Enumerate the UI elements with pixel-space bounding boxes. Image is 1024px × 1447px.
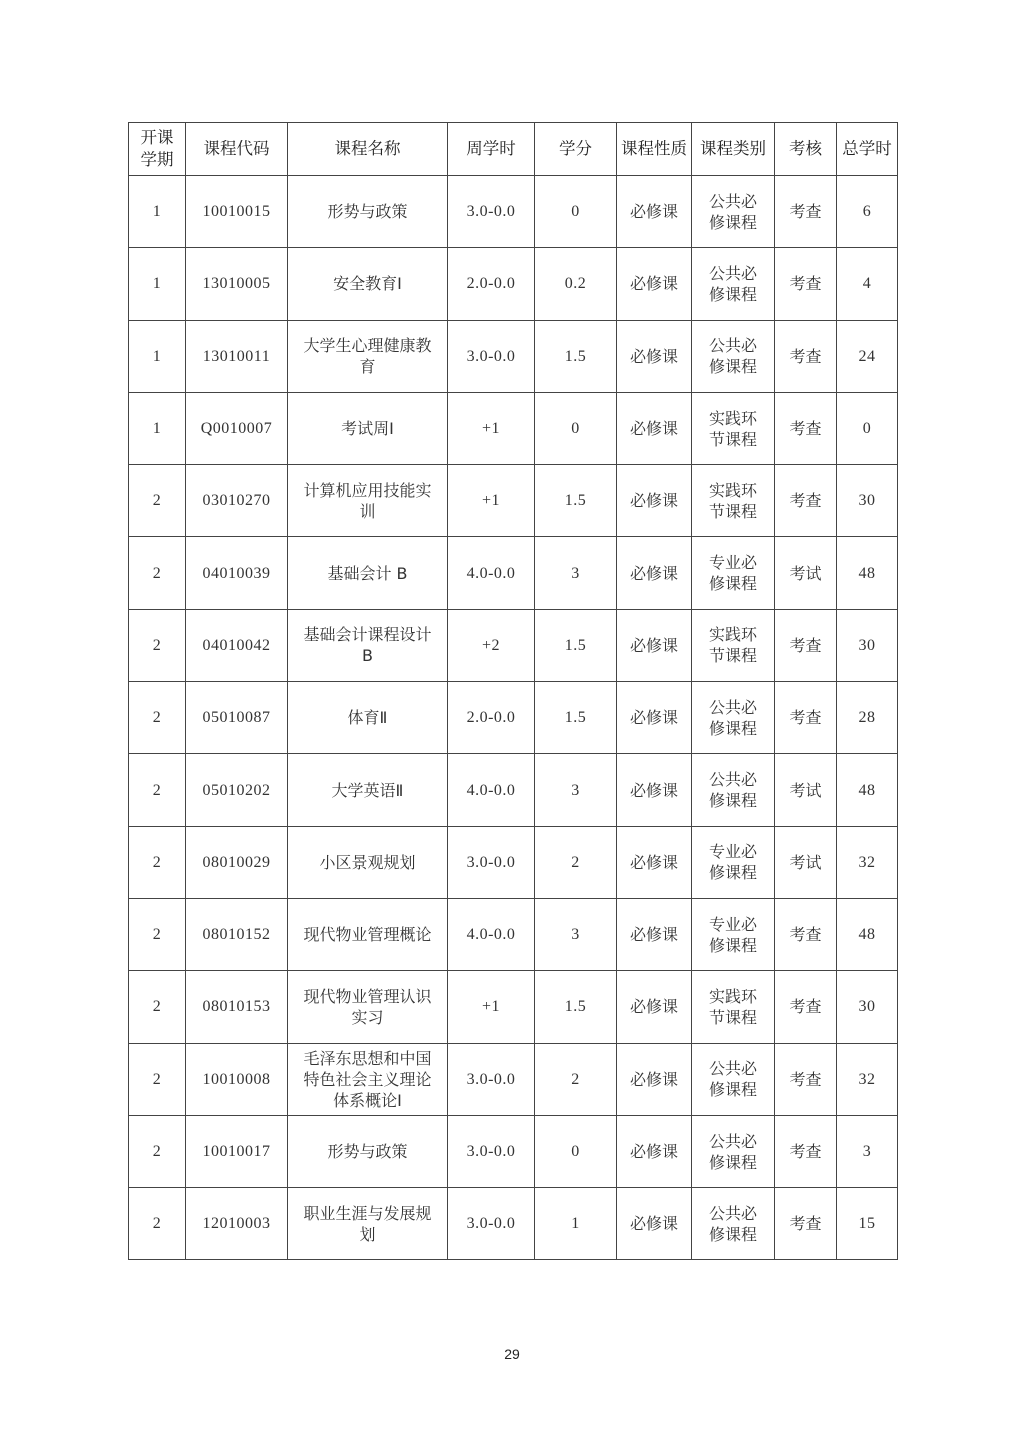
- term-cell: 1: [129, 248, 186, 320]
- assessment-cell: 考查: [775, 1188, 837, 1260]
- weekly-hours-cell: 3.0-0.0: [448, 1188, 535, 1260]
- credits-cell: 3: [535, 537, 617, 609]
- credits-cell: 0: [535, 392, 617, 464]
- code-cell: Q0010007: [186, 392, 288, 464]
- term-cell: 2: [129, 971, 186, 1043]
- table-body: 110010015形势与政策3.0-0.00必修课公共必修课程考查6113010…: [129, 176, 898, 1260]
- assessment-cell: 考查: [775, 1115, 837, 1187]
- nature-cell: 必修课: [617, 898, 692, 970]
- nature-cell: 必修课: [617, 1188, 692, 1260]
- table-row: 210010017形势与政策3.0-0.00必修课公共必修课程考查3: [129, 1115, 898, 1187]
- code-cell: 10010015: [186, 176, 288, 248]
- category-cell: 公共必修课程: [692, 176, 775, 248]
- header-weekly-hours: 周学时: [448, 123, 535, 176]
- term-cell: 2: [129, 754, 186, 826]
- weekly-hours-cell: 3.0-0.0: [448, 1043, 535, 1115]
- assessment-cell: 考查: [775, 682, 837, 754]
- total-hours-cell: 32: [837, 1043, 898, 1115]
- nature-cell: 必修课: [617, 609, 692, 681]
- nature-cell: 必修课: [617, 754, 692, 826]
- assessment-cell: 考查: [775, 248, 837, 320]
- name-cell: 计算机应用技能实训: [288, 465, 448, 537]
- total-hours-cell: 48: [837, 898, 898, 970]
- total-hours-cell: 48: [837, 537, 898, 609]
- term-cell: 2: [129, 537, 186, 609]
- code-cell: 08010029: [186, 826, 288, 898]
- category-cell: 公共必修课程: [692, 320, 775, 392]
- term-cell: 2: [129, 1188, 186, 1260]
- weekly-hours-cell: +2: [448, 609, 535, 681]
- total-hours-cell: 48: [837, 754, 898, 826]
- name-cell: 基础会计课程设计B: [288, 609, 448, 681]
- table-row: 1Q0010007考试周Ⅰ+10必修课实践环节课程考查0: [129, 392, 898, 464]
- assessment-cell: 考查: [775, 898, 837, 970]
- nature-cell: 必修课: [617, 320, 692, 392]
- credits-cell: 2: [535, 1043, 617, 1115]
- table-row: 208010152现代物业管理概论4.0-0.03必修课专业必修课程考查48: [129, 898, 898, 970]
- header-credits: 学分: [535, 123, 617, 176]
- total-hours-cell: 15: [837, 1188, 898, 1260]
- name-cell: 大学生心理健康教育: [288, 320, 448, 392]
- credits-cell: 1.5: [535, 971, 617, 1043]
- term-cell: 2: [129, 1115, 186, 1187]
- credits-cell: 1: [535, 1188, 617, 1260]
- credits-cell: 3: [535, 754, 617, 826]
- code-cell: 03010270: [186, 465, 288, 537]
- name-cell: 体育Ⅱ: [288, 682, 448, 754]
- term-cell: 2: [129, 609, 186, 681]
- name-cell: 基础会计 B: [288, 537, 448, 609]
- table-row: 113010005安全教育Ⅰ2.0-0.00.2必修课公共必修课程考查4: [129, 248, 898, 320]
- assessment-cell: 考查: [775, 465, 837, 537]
- total-hours-cell: 28: [837, 682, 898, 754]
- category-cell: 公共必修课程: [692, 1115, 775, 1187]
- total-hours-cell: 4: [837, 248, 898, 320]
- credits-cell: 2: [535, 826, 617, 898]
- table-row: 204010042基础会计课程设计B+21.5必修课实践环节课程考查30: [129, 609, 898, 681]
- category-cell: 专业必修课程: [692, 826, 775, 898]
- course-table: 开课学期 课程代码 课程名称 周学时 学分 课程性质 课程类别 考核 总学时 1…: [128, 122, 898, 1260]
- total-hours-cell: 30: [837, 971, 898, 1043]
- name-cell: 安全教育Ⅰ: [288, 248, 448, 320]
- weekly-hours-cell: 2.0-0.0: [448, 682, 535, 754]
- code-cell: 04010042: [186, 609, 288, 681]
- nature-cell: 必修课: [617, 392, 692, 464]
- assessment-cell: 考试: [775, 826, 837, 898]
- total-hours-cell: 30: [837, 465, 898, 537]
- table-row: 113010011大学生心理健康教育3.0-0.01.5必修课公共必修课程考查2…: [129, 320, 898, 392]
- table-row: 212010003职业生涯与发展规划3.0-0.01必修课公共必修课程考查15: [129, 1188, 898, 1260]
- credits-cell: 1.5: [535, 609, 617, 681]
- code-cell: 10010008: [186, 1043, 288, 1115]
- code-cell: 08010152: [186, 898, 288, 970]
- table-row: 205010087体育Ⅱ2.0-0.01.5必修课公共必修课程考查28: [129, 682, 898, 754]
- code-cell: 05010087: [186, 682, 288, 754]
- name-cell: 小区景观规划: [288, 826, 448, 898]
- weekly-hours-cell: 3.0-0.0: [448, 826, 535, 898]
- total-hours-cell: 24: [837, 320, 898, 392]
- nature-cell: 必修课: [617, 465, 692, 537]
- term-cell: 1: [129, 392, 186, 464]
- term-cell: 2: [129, 465, 186, 537]
- weekly-hours-cell: 4.0-0.0: [448, 898, 535, 970]
- code-cell: 05010202: [186, 754, 288, 826]
- weekly-hours-cell: 3.0-0.0: [448, 176, 535, 248]
- assessment-cell: 考查: [775, 1043, 837, 1115]
- credits-cell: 0: [535, 176, 617, 248]
- term-cell: 2: [129, 826, 186, 898]
- assessment-cell: 考查: [775, 609, 837, 681]
- name-cell: 职业生涯与发展规划: [288, 1188, 448, 1260]
- category-cell: 专业必修课程: [692, 898, 775, 970]
- code-cell: 08010153: [186, 971, 288, 1043]
- category-cell: 公共必修课程: [692, 1043, 775, 1115]
- total-hours-cell: 32: [837, 826, 898, 898]
- nature-cell: 必修课: [617, 682, 692, 754]
- category-cell: 实践环节课程: [692, 971, 775, 1043]
- header-term: 开课学期: [129, 123, 186, 176]
- name-cell: 现代物业管理认识实习: [288, 971, 448, 1043]
- name-cell: 形势与政策: [288, 176, 448, 248]
- name-cell: 形势与政策: [288, 1115, 448, 1187]
- weekly-hours-cell: +1: [448, 971, 535, 1043]
- table-header-row: 开课学期 课程代码 课程名称 周学时 学分 课程性质 课程类别 考核 总学时: [129, 123, 898, 176]
- nature-cell: 必修课: [617, 826, 692, 898]
- page-number: 29: [0, 1346, 1024, 1362]
- assessment-cell: 考查: [775, 392, 837, 464]
- header-assessment: 考核: [775, 123, 837, 176]
- term-cell: 2: [129, 1043, 186, 1115]
- nature-cell: 必修课: [617, 248, 692, 320]
- code-cell: 12010003: [186, 1188, 288, 1260]
- weekly-hours-cell: 2.0-0.0: [448, 248, 535, 320]
- total-hours-cell: 0: [837, 392, 898, 464]
- nature-cell: 必修课: [617, 176, 692, 248]
- assessment-cell: 考查: [775, 971, 837, 1043]
- header-code: 课程代码: [186, 123, 288, 176]
- weekly-hours-cell: +1: [448, 392, 535, 464]
- category-cell: 公共必修课程: [692, 754, 775, 826]
- table-row: 203010270计算机应用技能实训+11.5必修课实践环节课程考查30: [129, 465, 898, 537]
- name-cell: 大学英语Ⅱ: [288, 754, 448, 826]
- nature-cell: 必修课: [617, 1043, 692, 1115]
- header-nature: 课程性质: [617, 123, 692, 176]
- term-cell: 2: [129, 682, 186, 754]
- credits-cell: 3: [535, 898, 617, 970]
- nature-cell: 必修课: [617, 971, 692, 1043]
- weekly-hours-cell: 3.0-0.0: [448, 320, 535, 392]
- weekly-hours-cell: 4.0-0.0: [448, 754, 535, 826]
- credits-cell: 0.2: [535, 248, 617, 320]
- code-cell: 13010005: [186, 248, 288, 320]
- name-cell: 毛泽东思想和中国特色社会主义理论体系概论Ⅰ: [288, 1043, 448, 1115]
- weekly-hours-cell: +1: [448, 465, 535, 537]
- category-cell: 专业必修课程: [692, 537, 775, 609]
- table-row: 208010153现代物业管理认识实习+11.5必修课实践环节课程考查30: [129, 971, 898, 1043]
- credits-cell: 1.5: [535, 682, 617, 754]
- term-cell: 1: [129, 176, 186, 248]
- assessment-cell: 考试: [775, 537, 837, 609]
- category-cell: 实践环节课程: [692, 392, 775, 464]
- assessment-cell: 考试: [775, 754, 837, 826]
- weekly-hours-cell: 3.0-0.0: [448, 1115, 535, 1187]
- category-cell: 实践环节课程: [692, 465, 775, 537]
- assessment-cell: 考查: [775, 320, 837, 392]
- credits-cell: 0: [535, 1115, 617, 1187]
- table-row: 208010029小区景观规划3.0-0.02必修课专业必修课程考试32: [129, 826, 898, 898]
- credits-cell: 1.5: [535, 465, 617, 537]
- category-cell: 公共必修课程: [692, 248, 775, 320]
- assessment-cell: 考查: [775, 176, 837, 248]
- table-row: 110010015形势与政策3.0-0.00必修课公共必修课程考查6: [129, 176, 898, 248]
- code-cell: 13010011: [186, 320, 288, 392]
- nature-cell: 必修课: [617, 1115, 692, 1187]
- table-row: 210010008毛泽东思想和中国特色社会主义理论体系概论Ⅰ3.0-0.02必修…: [129, 1043, 898, 1115]
- term-cell: 1: [129, 320, 186, 392]
- header-name: 课程名称: [288, 123, 448, 176]
- term-cell: 2: [129, 898, 186, 970]
- credits-cell: 1.5: [535, 320, 617, 392]
- name-cell: 现代物业管理概论: [288, 898, 448, 970]
- header-category: 课程类别: [692, 123, 775, 176]
- category-cell: 公共必修课程: [692, 682, 775, 754]
- category-cell: 公共必修课程: [692, 1188, 775, 1260]
- name-cell: 考试周Ⅰ: [288, 392, 448, 464]
- table-row: 204010039基础会计 B4.0-0.03必修课专业必修课程考试48: [129, 537, 898, 609]
- total-hours-cell: 30: [837, 609, 898, 681]
- category-cell: 实践环节课程: [692, 609, 775, 681]
- table-row: 205010202大学英语Ⅱ4.0-0.03必修课公共必修课程考试48: [129, 754, 898, 826]
- header-total-hours: 总学时: [837, 123, 898, 176]
- code-cell: 10010017: [186, 1115, 288, 1187]
- weekly-hours-cell: 4.0-0.0: [448, 537, 535, 609]
- code-cell: 04010039: [186, 537, 288, 609]
- nature-cell: 必修课: [617, 537, 692, 609]
- total-hours-cell: 3: [837, 1115, 898, 1187]
- total-hours-cell: 6: [837, 176, 898, 248]
